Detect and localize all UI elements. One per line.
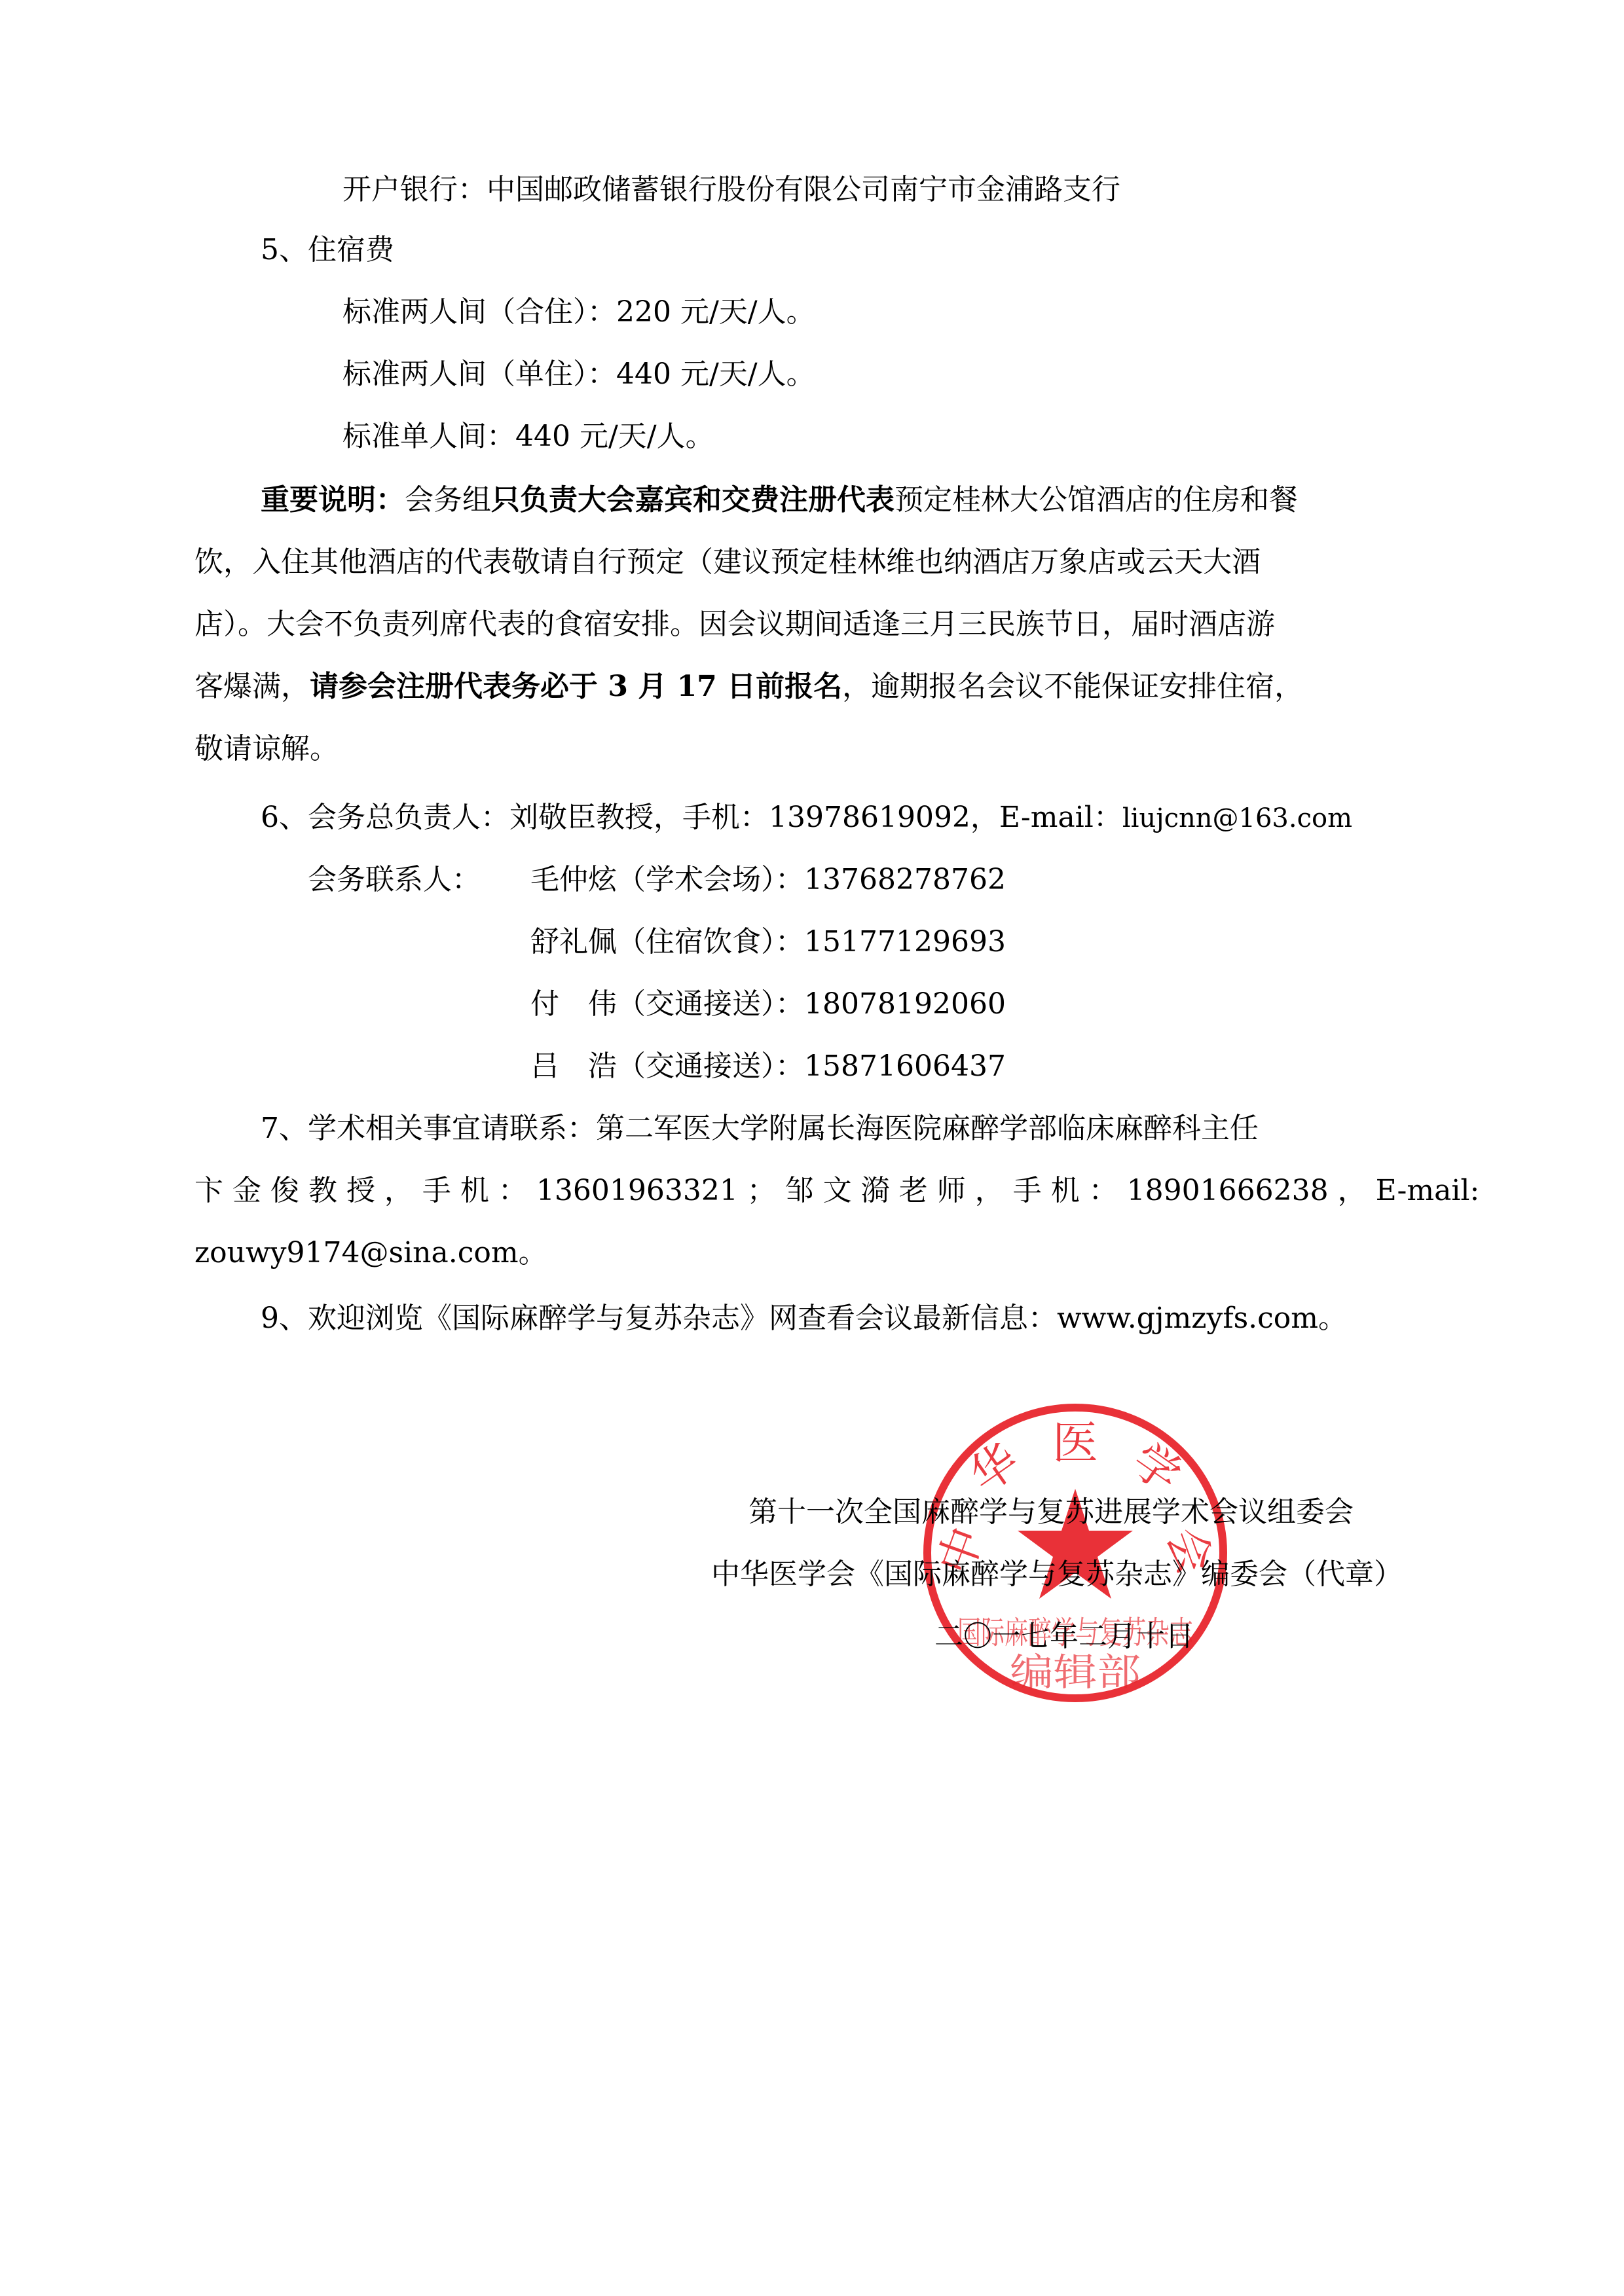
lead-contact-text: 6、会务总负责人：刘敬臣教授，手机：13978619092，E-mail： [261, 801, 1122, 834]
svg-text:华: 华 [960, 1433, 1028, 1503]
contact-name: 付 伟 [530, 987, 617, 1021]
accommodation-item: 标准两人间（合住）：220 元/天/人。 [342, 294, 815, 331]
svg-text:医: 医 [1052, 1416, 1098, 1470]
contact-name: 舒礼佩 [530, 925, 617, 958]
contact-role: （交通接送）： [617, 1049, 804, 1083]
contact-name: 毛仲炫 [530, 863, 617, 896]
contact-row: 舒礼佩（住宿饮食）：15177129693 [530, 924, 1006, 960]
contact-phone: 13768278762 [804, 863, 1006, 896]
contact-role: （学术会场）： [617, 863, 804, 896]
notice-line-5: 敬请谅解。 [194, 731, 339, 767]
contact-phone: 18078192060 [804, 987, 1006, 1021]
organizer-committee: 第十一次全国麻醉学与复苏进展学术会议组委会 [704, 1494, 1398, 1531]
section9-line: 9、欢迎浏览《国际麻醉学与复苏杂志》网查看会议最新信息：www.gjmzyfs.… [261, 1300, 1347, 1337]
section6-lead: 6、会务总负责人：刘敬臣教授，手机：13978619092，E-mail：liu… [261, 799, 1352, 837]
contact-name: 吕 浩 [530, 1049, 617, 1083]
issue-date: 二〇一七年二月十日 [917, 1618, 1211, 1655]
notice-line-1: 重要说明：会务组只负责大会嘉宾和交费注册代表预定桂林大公馆酒店的住房和餐 [261, 482, 1431, 519]
notice-line-2: 饮，入住其他酒店的代表敬请自行预定（建议预定桂林维也纳酒店万象店或云天大酒 [194, 544, 1261, 581]
notice-text: 会务组 [405, 483, 491, 517]
section7-line-1: 7、学术相关事宜请联系：第二军医大学附属长海医院麻醉学部临床麻醉科主任 [261, 1110, 1259, 1147]
official-seal-stamp: 中 华 医 学 会 国际麻醉学与复苏杂志 编辑部 [922, 1402, 1228, 1704]
editorial-board: 中华医学会《国际麻醉学与复苏杂志》编委会（代章） [669, 1556, 1445, 1593]
bank-line: 开户银行：中国邮政储蓄银行股份有限公司南宁市金浦路支行 [342, 172, 1120, 208]
notice-deadline: 请参会注册代表务必于 3 月 17 日前报名 [310, 670, 842, 703]
notice-line-4: 客爆满，请参会注册代表务必于 3 月 17 日前报名，逾期报名会议不能保证安排住… [194, 668, 1303, 705]
contact-phone: 15177129693 [804, 925, 1006, 958]
lead-email-link[interactable]: liujcnn@163.com [1122, 803, 1352, 833]
notice-text: 客爆满， [194, 670, 310, 703]
svg-text:编辑部: 编辑部 [1010, 1650, 1141, 1694]
contact-role: （住宿饮食）： [617, 925, 804, 958]
section7-email-link[interactable]: zouwy9174@sina.com。 [194, 1235, 547, 1271]
notice-text: 预定桂林大公馆酒店的住房和餐 [895, 483, 1298, 517]
notice-text: ，逾期报名会议不能保证安排住宿， [842, 670, 1303, 703]
contact-row: 毛仲炫（学术会场）：13768278762 [530, 862, 1006, 898]
notice-label: 重要说明： [261, 483, 405, 517]
notice-line-3: 店）。大会不负责列席代表的食宿安排。因会议期间适逢三月三民族节日，届时酒店游 [194, 606, 1275, 643]
accommodation-item: 标准单人间：440 元/天/人。 [342, 418, 714, 455]
document-page: 开户银行：中国邮政储蓄银行股份有限公司南宁市金浦路支行 5、住宿费 标准两人间（… [0, 0, 1624, 2296]
contact-row: 吕 浩（交通接送）：15871606437 [530, 1048, 1006, 1085]
section7-line-2: 卞 金 俊 教 授 ， 手 机 ： 13601963321 ； 邹 文 漪 老 … [194, 1173, 1479, 1209]
svg-text:学: 学 [1122, 1433, 1190, 1503]
contacts-label: 会务联系人： [308, 862, 481, 898]
contact-role: （交通接送）： [617, 987, 804, 1021]
contact-row: 付 伟（交通接送）：18078192060 [530, 986, 1006, 1023]
contact-phone: 15871606437 [804, 1049, 1006, 1083]
section5-heading: 5、住宿费 [261, 232, 394, 268]
accommodation-item: 标准两人间（单住）：440 元/天/人。 [342, 356, 815, 393]
notice-emphasis: 只负责大会嘉宾和交费注册代表 [491, 483, 895, 517]
